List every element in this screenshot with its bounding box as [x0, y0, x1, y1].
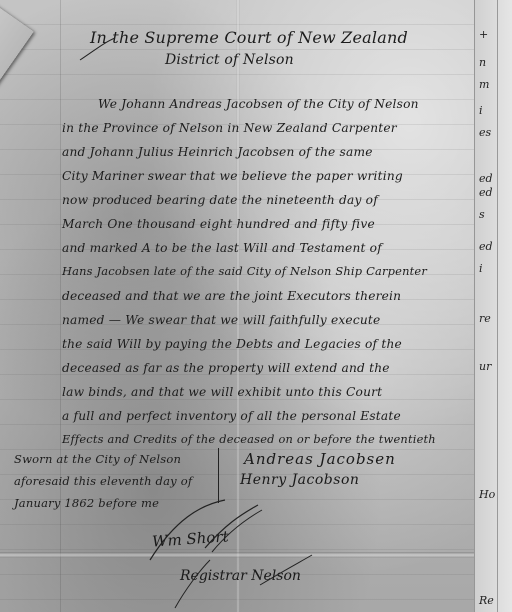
left-margin-line [60, 0, 61, 612]
body-line: and Johann Julius Heinrich Jacobsen of t… [62, 146, 373, 158]
body-line: Hans Jacobsen late of the said City of N… [62, 266, 427, 277]
margin-mark: i [479, 104, 483, 117]
pen-flourishes [0, 0, 512, 612]
margin-mark: i [479, 262, 483, 275]
body-line: the said Will by paying the Debts and Le… [62, 338, 402, 350]
right-margin-rule [497, 0, 498, 612]
ruled-lines [0, 0, 512, 612]
district-heading: District of Nelson [165, 52, 294, 68]
body-line: Effects and Credits of the deceased on o… [62, 434, 436, 445]
margin-mark: Re [479, 594, 494, 607]
body-line: deceased and that we are the joint Execu… [62, 290, 401, 302]
margin-mark: ur [479, 360, 491, 373]
body-line: named — We swear that we will faithfully… [62, 314, 380, 326]
official-title: Registrar Nelson [180, 568, 301, 584]
margin-mark: ed [479, 172, 493, 185]
horizontal-fold-crease [0, 552, 512, 558]
margin-mark: es [479, 126, 491, 139]
margin-mark: ed [479, 240, 493, 253]
margin-mark: s [479, 208, 485, 221]
body-line: deceased as far as the property will ext… [62, 362, 390, 374]
margin-mark: Ho [479, 488, 495, 501]
jurat-line: January 1862 before me [14, 496, 159, 510]
margin-mark: m [479, 78, 489, 91]
margin-mark: + [479, 28, 488, 41]
body-line: law binds, and that we will exhibit unto… [62, 386, 382, 398]
folded-corner [0, 0, 34, 154]
body-line: and marked A to be the last Will and Tes… [62, 242, 382, 254]
body-line: a full and perfect inventory of all the … [62, 410, 401, 422]
margin-mark: n [479, 56, 486, 69]
jurat-line: Sworn at the City of Nelson [14, 452, 181, 466]
executor-signature-2: Henry Jacobson [240, 472, 359, 488]
jurat-line: aforesaid this eleventh day of [14, 474, 192, 488]
margin-mark: re [479, 312, 491, 325]
body-line: March One thousand eight hundred and fif… [62, 218, 375, 230]
executor-signature-1: Andreas Jacobsen [244, 450, 396, 468]
court-heading: In the Supreme Court of New Zealand [90, 28, 408, 47]
body-line: now produced bearing date the nineteenth… [62, 194, 378, 206]
body-line: We Johann Andreas Jacobsen of the City o… [98, 98, 419, 110]
right-margin-column: + n m i es ed ed s ed i re ur Ho Re [474, 0, 512, 612]
jurat-bracket [218, 448, 219, 503]
official-signature: Wm Short [151, 527, 229, 550]
margin-mark: ed [479, 186, 493, 199]
vertical-fold-crease [236, 0, 240, 612]
body-line: in the Province of Nelson in New Zealand… [62, 122, 397, 134]
scanned-document-page: + n m i es ed ed s ed i re ur Ho Re In t… [0, 0, 512, 612]
body-line: City Mariner swear that we believe the p… [62, 170, 403, 182]
